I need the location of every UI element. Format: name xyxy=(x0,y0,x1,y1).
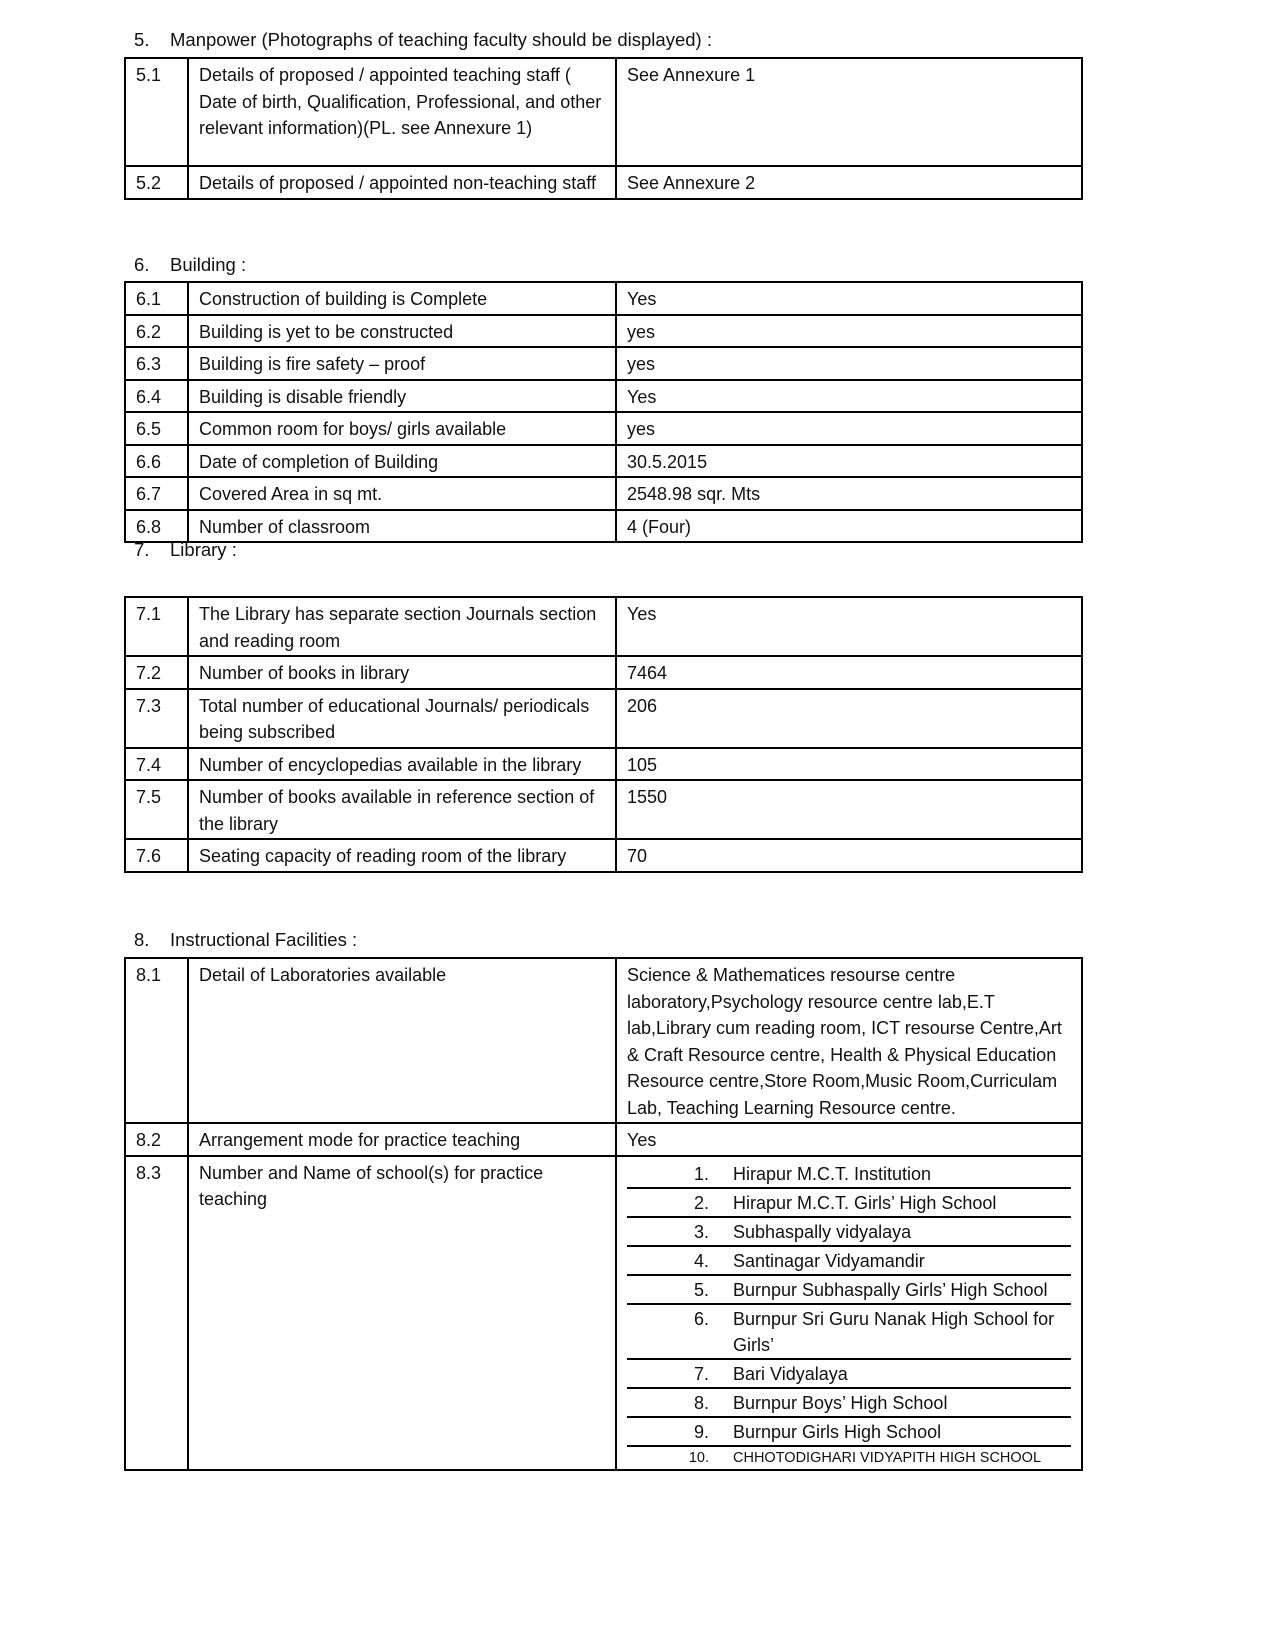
item-number: 1. xyxy=(673,1161,709,1187)
row-label: Date of completion of Building xyxy=(188,445,616,478)
section-number: 5. xyxy=(134,28,170,52)
table-row: 6.1 Construction of building is Complete… xyxy=(125,282,1082,315)
row-id: 7.5 xyxy=(125,780,188,839)
section-number: 6. xyxy=(134,253,170,277)
section-number: 7. xyxy=(134,538,170,562)
item-number: 10. xyxy=(673,1448,709,1468)
row-label: Details of proposed / appointed non-teac… xyxy=(188,166,616,199)
row-id: 6.2 xyxy=(125,315,188,348)
practice-schools-list: 1.Hirapur M.C.T. Institution 2.Hirapur M… xyxy=(616,1156,1082,1470)
row-value: See Annexure 1 xyxy=(616,58,1082,166)
row-id: 6.5 xyxy=(125,412,188,445)
table-row: 6.7 Covered Area in sq mt. 2548.98 sqr. … xyxy=(125,477,1082,510)
school-name: CHHOTODIGHARI VIDYAPITH HIGH SCHOOL xyxy=(709,1448,1041,1468)
row-value: 2548.98 sqr. Mts xyxy=(616,477,1082,510)
library-table: 7.1 The Library has separate section Jou… xyxy=(124,596,1083,873)
row-label: Covered Area in sq mt. xyxy=(188,477,616,510)
list-item: 1.Hirapur M.C.T. Institution xyxy=(627,1160,1071,1189)
row-value: 206 xyxy=(616,689,1082,748)
school-name: Burnpur Sri Guru Nanak High School for G… xyxy=(709,1306,1061,1358)
school-name: Burnpur Subhaspally Girls’ High School xyxy=(709,1277,1048,1303)
section-title: Manpower (Photographs of teaching facult… xyxy=(170,29,712,50)
row-value: Yes xyxy=(616,380,1082,413)
row-label: Details of proposed / appointed teaching… xyxy=(188,58,616,166)
row-label: Number of books in library xyxy=(188,656,616,689)
table-row: 5.1 Details of proposed / appointed teac… xyxy=(125,58,1082,166)
item-number: 2. xyxy=(673,1190,709,1216)
row-label: Detail of Laboratories available xyxy=(188,958,616,1123)
row-id: 7.4 xyxy=(125,748,188,781)
row-value: 105 xyxy=(616,748,1082,781)
section-5-heading: 5.Manpower (Photographs of teaching facu… xyxy=(134,28,712,52)
row-id: 6.4 xyxy=(125,380,188,413)
row-id: 6.7 xyxy=(125,477,188,510)
row-id: 8.1 xyxy=(125,958,188,1123)
table-row: 8.1 Detail of Laboratories available Sci… xyxy=(125,958,1082,1123)
table-row: 7.1 The Library has separate section Jou… xyxy=(125,597,1082,656)
table-row: 7.3 Total number of educational Journals… xyxy=(125,689,1082,748)
row-id: 6.1 xyxy=(125,282,188,315)
row-label: Number and Name of school(s) for practic… xyxy=(188,1156,616,1470)
row-value: yes xyxy=(616,347,1082,380)
row-value: Science & Mathematices resourse centre l… xyxy=(616,958,1082,1123)
row-label: Building is yet to be constructed xyxy=(188,315,616,348)
school-name: Burnpur Girls High School xyxy=(709,1419,941,1445)
item-number: 6. xyxy=(673,1306,709,1358)
row-value: 70 xyxy=(616,839,1082,872)
row-value: 1550 xyxy=(616,780,1082,839)
school-name: Hirapur M.C.T. Institution xyxy=(709,1161,931,1187)
item-number: 3. xyxy=(673,1219,709,1245)
row-value: 4 (Four) xyxy=(616,510,1082,543)
table-row: 6.2 Building is yet to be constructed ye… xyxy=(125,315,1082,348)
row-id: 6.6 xyxy=(125,445,188,478)
list-item: 7.Bari Vidyalaya xyxy=(627,1360,1071,1389)
table-row: 7.2 Number of books in library 7464 xyxy=(125,656,1082,689)
list-item: 6.Burnpur Sri Guru Nanak High School for… xyxy=(627,1305,1071,1360)
row-label: Number of encyclopedias available in the… xyxy=(188,748,616,781)
row-value: See Annexure 2 xyxy=(616,166,1082,199)
section-6-heading: 6.Building : xyxy=(134,253,246,277)
row-label: Construction of building is Complete xyxy=(188,282,616,315)
section-7-heading: 7.Library : xyxy=(134,538,237,562)
row-label: Common room for boys/ girls available xyxy=(188,412,616,445)
item-number: 7. xyxy=(673,1361,709,1387)
row-id: 7.6 xyxy=(125,839,188,872)
row-label: Total number of educational Journals/ pe… xyxy=(188,689,616,748)
instructional-facilities-table: 8.1 Detail of Laboratories available Sci… xyxy=(124,957,1083,1471)
row-label: Building is disable friendly xyxy=(188,380,616,413)
row-id: 8.2 xyxy=(125,1123,188,1156)
row-id: 6.3 xyxy=(125,347,188,380)
row-id: 5.2 xyxy=(125,166,188,199)
row-id: 5.1 xyxy=(125,58,188,166)
school-name: Hirapur M.C.T. Girls’ High School xyxy=(709,1190,996,1216)
row-value: Yes xyxy=(616,282,1082,315)
table-row: 6.8 Number of classroom 4 (Four) xyxy=(125,510,1082,543)
row-label: Number of books available in reference s… xyxy=(188,780,616,839)
row-label: Number of classroom xyxy=(188,510,616,543)
table-row: 8.3 Number and Name of school(s) for pra… xyxy=(125,1156,1082,1470)
school-name: Santinagar Vidyamandir xyxy=(709,1248,925,1274)
row-value: 7464 xyxy=(616,656,1082,689)
school-name: Bari Vidyalaya xyxy=(709,1361,848,1387)
row-label: Arrangement mode for practice teaching xyxy=(188,1123,616,1156)
section-title: Instructional Facilities : xyxy=(170,929,357,950)
row-id: 7.3 xyxy=(125,689,188,748)
table-row: 6.4 Building is disable friendly Yes xyxy=(125,380,1082,413)
table-row: 5.2 Details of proposed / appointed non-… xyxy=(125,166,1082,199)
row-value: yes xyxy=(616,412,1082,445)
item-number: 8. xyxy=(673,1390,709,1416)
list-item: 4.Santinagar Vidyamandir xyxy=(627,1247,1071,1276)
table-row: 8.2 Arrangement mode for practice teachi… xyxy=(125,1123,1082,1156)
table-row: 7.6 Seating capacity of reading room of … xyxy=(125,839,1082,872)
row-label: The Library has separate section Journal… xyxy=(188,597,616,656)
row-id: 8.3 xyxy=(125,1156,188,1470)
building-table: 6.1 Construction of building is Complete… xyxy=(124,281,1083,543)
list-item: 10.CHHOTODIGHARI VIDYAPITH HIGH SCHOOL xyxy=(627,1447,1071,1468)
table-row: 6.3 Building is fire safety – proof yes xyxy=(125,347,1082,380)
table-row: 7.5 Number of books available in referen… xyxy=(125,780,1082,839)
row-value: yes xyxy=(616,315,1082,348)
item-number: 5. xyxy=(673,1277,709,1303)
list-item: 2.Hirapur M.C.T. Girls’ High School xyxy=(627,1189,1071,1218)
list-item: 5.Burnpur Subhaspally Girls’ High School xyxy=(627,1276,1071,1305)
row-id: 7.1 xyxy=(125,597,188,656)
section-title: Building : xyxy=(170,254,246,275)
list-item: 9.Burnpur Girls High School xyxy=(627,1418,1071,1447)
manpower-table: 5.1 Details of proposed / appointed teac… xyxy=(124,57,1083,200)
item-number: 4. xyxy=(673,1248,709,1274)
row-value: Yes xyxy=(616,597,1082,656)
row-value: 30.5.2015 xyxy=(616,445,1082,478)
row-label: Seating capacity of reading room of the … xyxy=(188,839,616,872)
item-number: 9. xyxy=(673,1419,709,1445)
table-row: 7.4 Number of encyclopedias available in… xyxy=(125,748,1082,781)
table-row: 6.6 Date of completion of Building 30.5.… xyxy=(125,445,1082,478)
row-label: Building is fire safety – proof xyxy=(188,347,616,380)
row-id: 7.2 xyxy=(125,656,188,689)
list-item: 8.Burnpur Boys’ High School xyxy=(627,1389,1071,1418)
school-name: Burnpur Boys’ High School xyxy=(709,1390,947,1416)
school-name: Subhaspally vidyalaya xyxy=(709,1219,911,1245)
section-title: Library : xyxy=(170,539,237,560)
row-value: Yes xyxy=(616,1123,1082,1156)
table-row: 6.5 Common room for boys/ girls availabl… xyxy=(125,412,1082,445)
list-item: 3.Subhaspally vidyalaya xyxy=(627,1218,1071,1247)
section-8-heading: 8.Instructional Facilities : xyxy=(134,928,357,952)
section-number: 8. xyxy=(134,928,170,952)
